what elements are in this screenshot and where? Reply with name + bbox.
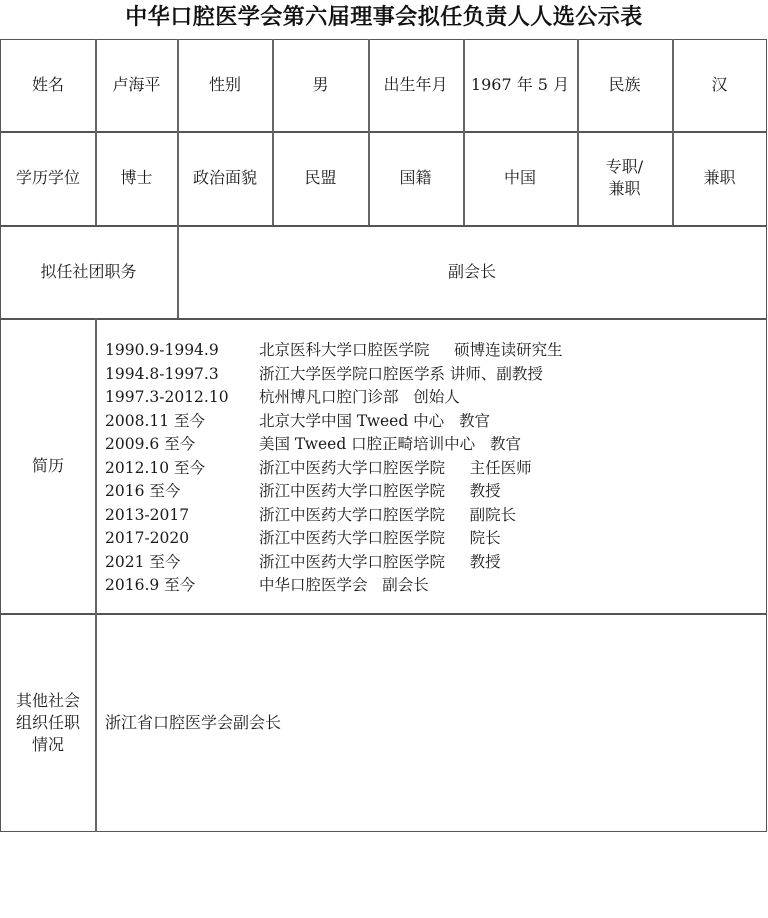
resume-date: 2016.9 至今 [105,574,259,598]
fulltime-label: 专职/ 兼职 [577,131,672,225]
other-positions-value: 浙江省口腔医学会副会长 [105,613,765,832]
other-label-line1: 其他社会 [16,690,80,712]
resume-entry: 2013-2017浙江中医药大学口腔医学院 副院长 [105,504,563,528]
ethnicity-label: 民族 [577,39,672,131]
name-value: 卢海平 [96,39,177,131]
resume-entry: 2009.6 至今美国 Tweed 口腔正畸培训中心 教官 [105,433,563,457]
row-divider [0,318,767,320]
fulltime-value: 兼职 [672,131,767,225]
resume-entry: 2016 至今浙江中医药大学口腔医学院 教授 [105,480,563,504]
resume-text: 美国 Tweed 口腔正畸培训中心 教官 [259,435,521,453]
other-positions-label: 其他社会 组织任职 情况 [0,613,96,832]
political-value: 民盟 [273,131,368,225]
ethnicity-value: 汉 [672,39,767,131]
resume-text: 浙江大学医学院口腔医学系 讲师、副教授 [259,365,543,383]
resume-entry: 1997.3-2012.10杭州博凡口腔门诊部 创始人 [105,386,563,410]
gender-value: 男 [273,39,368,131]
birth-value: 1967 年 5 月 [463,39,577,131]
resume-entry: 1994.8-1997.3浙江大学医学院口腔医学系 讲师、副教授 [105,363,563,387]
education-label: 学历学位 [0,131,96,225]
resume-text: 浙江中医药大学口腔医学院 教授 [259,553,501,571]
resume-text: 中华口腔医学会 副会长 [259,576,429,594]
nationality-value: 中国 [463,131,577,225]
political-label: 政治面貌 [177,131,273,225]
resume-label: 简历 [0,318,96,613]
resume-text: 浙江中医药大学口腔医学院 院长 [259,529,501,547]
resume-date: 2008.11 至今 [105,410,259,434]
other-label-line3: 情况 [32,734,64,756]
other-label-line2: 组织任职 [16,712,80,734]
resume-date: 2013-2017 [105,504,259,528]
resume-text: 北京医科大学口腔医学院 硕博连读研究生 [259,341,563,359]
resume-date: 2016 至今 [105,480,259,504]
resume-date: 1994.8-1997.3 [105,363,259,387]
resume-entry: 2012.10 至今浙江中医药大学口腔医学院 主任医师 [105,457,563,481]
resume-date: 2021 至今 [105,551,259,575]
education-value: 博士 [96,131,177,225]
name-label: 姓名 [0,39,96,131]
nationality-label: 国籍 [368,131,463,225]
resume-text: 北京大学中国 Tweed 中心 教官 [259,412,490,430]
resume-date: 1990.9-1994.9 [105,339,259,363]
resume-entry: 2008.11 至今北京大学中国 Tweed 中心 教官 [105,410,563,434]
birth-label: 出生年月 [368,39,463,131]
resume-date: 2017-2020 [105,527,259,551]
gender-label: 性别 [177,39,273,131]
resume-text: 浙江中医药大学口腔医学院 教授 [259,482,501,500]
position-label: 拟任社团职务 [0,225,177,318]
position-value: 副会长 [177,225,767,318]
document-title: 中华口腔医学会第六届理事会拟任负责人人选公示表 [0,2,768,34]
resume-entry: 2021 至今浙江中医药大学口腔医学院 教授 [105,551,563,575]
resume-date: 1997.3-2012.10 [105,386,259,410]
resume-entry: 1990.9-1994.9北京医科大学口腔医学院 硕博连读研究生 [105,339,563,363]
resume-date: 2012.10 至今 [105,457,259,481]
resume-text: 浙江中医药大学口腔医学院 主任医师 [259,459,532,477]
resume-entry: 2016.9 至今中华口腔医学会 副会长 [105,574,563,598]
resume-list: 1990.9-1994.9北京医科大学口腔医学院 硕博连读研究生 1994.8-… [105,339,563,598]
resume-entry: 2017-2020浙江中医药大学口腔医学院 院长 [105,527,563,551]
resume-text: 杭州博凡口腔门诊部 创始人 [259,388,460,406]
resume-date: 2009.6 至今 [105,433,259,457]
fulltime-label-line1: 专职/ [606,156,643,178]
resume-text: 浙江中医药大学口腔医学院 副院长 [259,506,516,524]
fulltime-label-line2: 兼职 [608,178,640,200]
